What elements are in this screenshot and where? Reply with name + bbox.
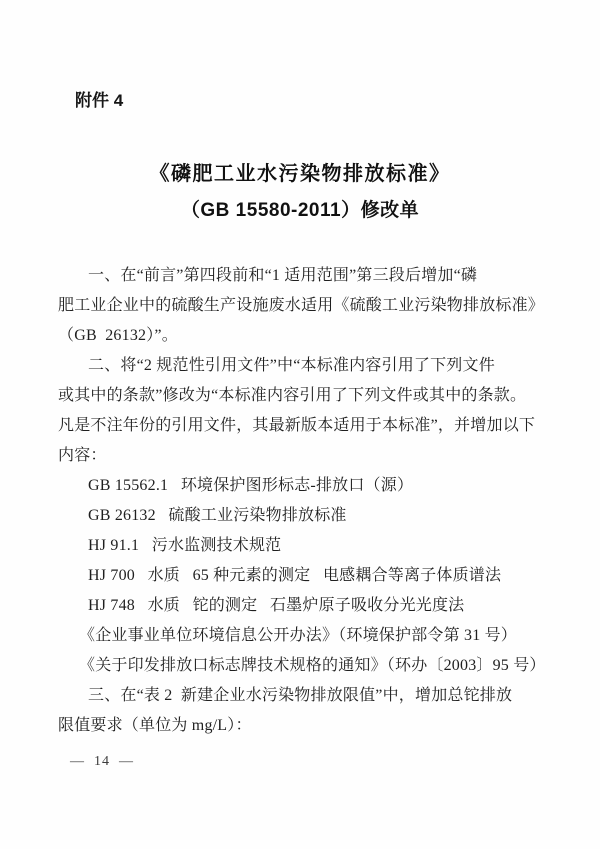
document-page: 附件 4 《磷肥工业水污染物排放标准》 （GB 15580-2011）修改单 一…	[0, 0, 600, 849]
body-line-para3-2: 限值要求（单位为 mg/L）：	[58, 711, 542, 741]
body-line-ref-hj748: HJ 748 水质 铊的测定 石墨炉原子吸收分光光度法	[58, 591, 542, 621]
document-title: 《磷肥工业水污染物排放标准》 （GB 15580-2011）修改单	[0, 160, 600, 225]
document-body: 一、在“前言”第四段前和“1 适用范围”第三段后增加“磷 肥工业企业中的硫酸生产…	[58, 261, 542, 741]
page-number: — 14 —	[70, 754, 134, 770]
body-line-para2-2: 或其中的条款”修改为“本标准内容引用了下列文件或其中的条款。	[58, 381, 542, 411]
body-line-para2-3: 凡是不注年份的引用文件，其最新版本适用于本标准”，并增加以下	[58, 411, 542, 441]
body-line-para1-2: 肥工业企业中的硫酸生产设施废水适用《硫酸工业污染物排放标准》	[58, 291, 542, 321]
body-line-para2-1: 二、将“2 规范性引用文件”中“本标准内容引用了下列文件	[58, 351, 542, 381]
attachment-label: 附件 4	[75, 86, 123, 111]
document-title-line2: （GB 15580-2011）修改单	[0, 197, 600, 225]
document-title-line1: 《磷肥工业水污染物排放标准》	[0, 160, 600, 188]
body-line-ref-gb26132: GB 26132 硫酸工业污染物排放标准	[58, 501, 542, 531]
body-line-ref-hj91: HJ 91.1 污水监测技术规范	[58, 531, 542, 561]
body-line-ref-gb15562: GB 15562.1 环境保护图形标志-排放口（源）	[58, 471, 542, 501]
body-line-ref-hj700: HJ 700 水质 65 种元素的测定 电感耦合等离子体质谱法	[58, 561, 542, 591]
body-line-para1-3: （GB 26132）”。	[58, 321, 542, 351]
body-line-para1-1: 一、在“前言”第四段前和“1 适用范围”第三段后增加“磷	[58, 261, 542, 291]
body-line-para2-4: 内容：	[58, 441, 542, 471]
body-line-ref-measure1: 《企业事业单位环境信息公开办法》（环境保护部令第 31 号）	[58, 621, 542, 651]
body-line-para3-1: 三、在“表 2 新建企业水污染物排放限值”中，增加总铊排放	[58, 681, 542, 711]
body-line-ref-measure2: 《关于印发排放口标志牌技术规格的通知》（环办〔2003〕95 号）	[58, 651, 542, 681]
